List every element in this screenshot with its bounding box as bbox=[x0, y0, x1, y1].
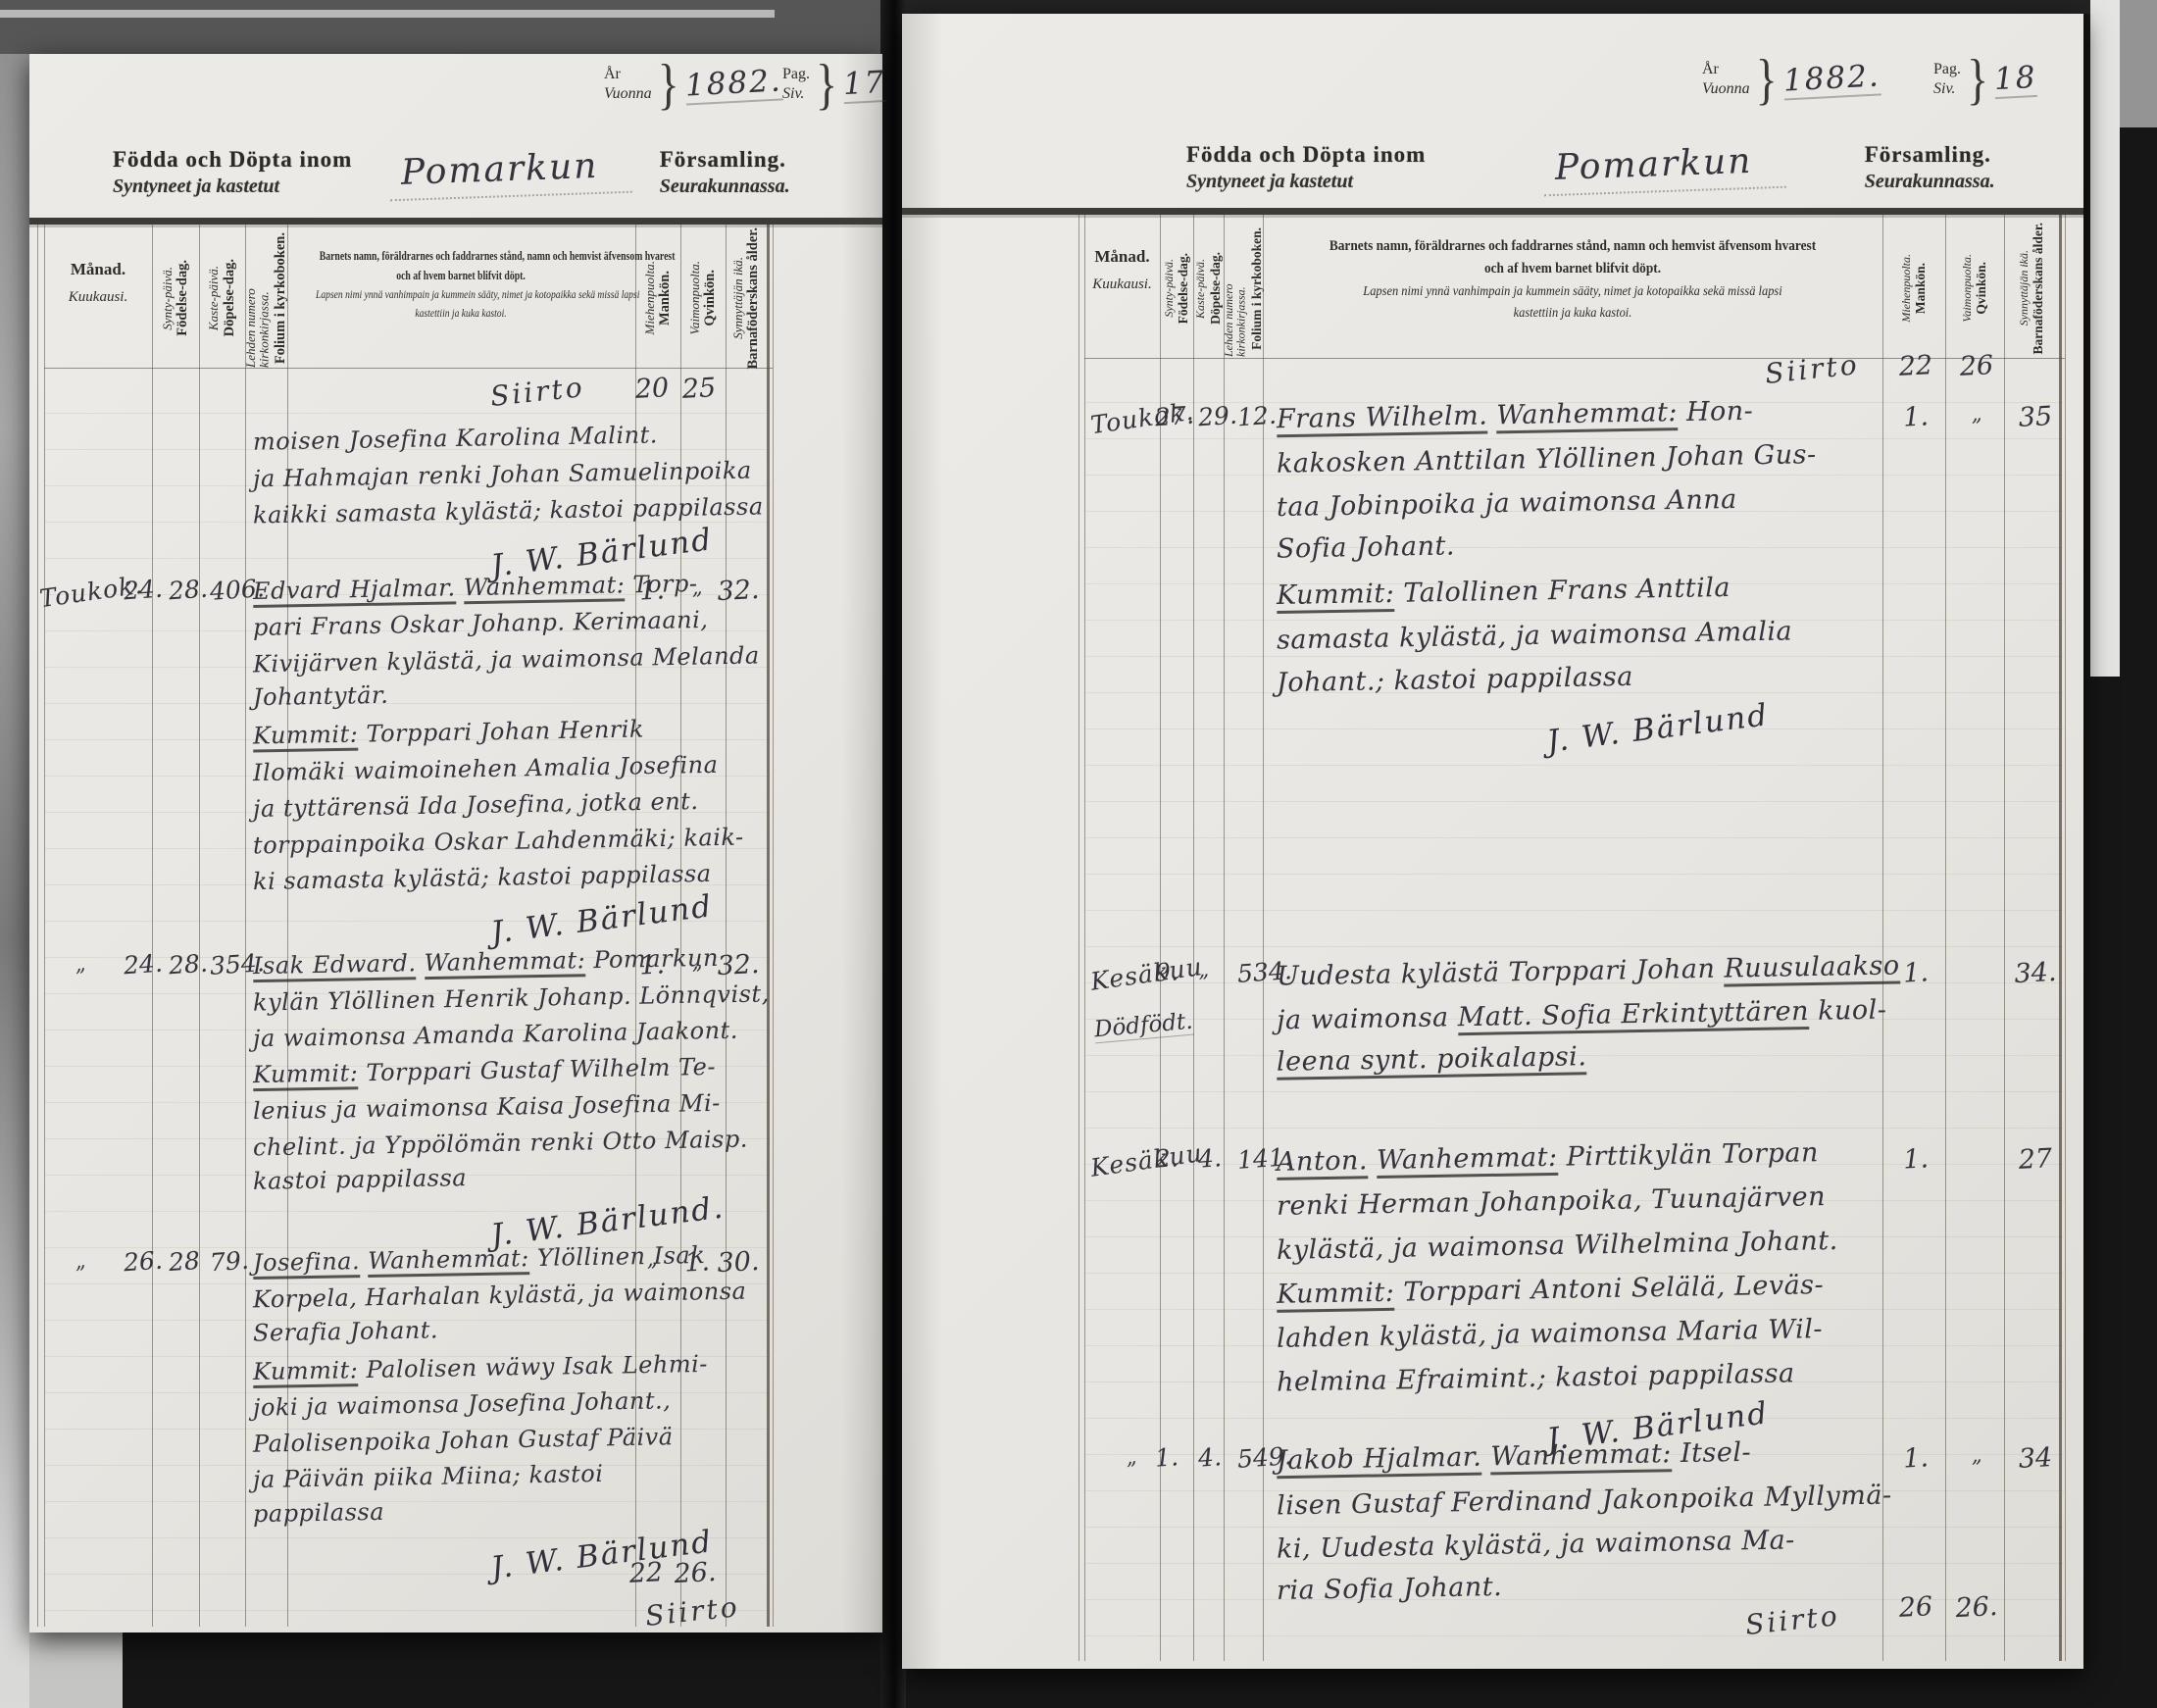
entry-text: Hon- bbox=[1678, 396, 1754, 427]
entry-text: Korpela, Harhalan kylästä, ja waimonsa bbox=[253, 1278, 747, 1314]
film-sliver-top bbox=[0, 10, 775, 18]
entry-line: Korpela, Harhalan kylästä, ja waimonsa bbox=[253, 1278, 747, 1314]
entry-line: Kummit: Palolisen wäwy Isak Lehmi- bbox=[253, 1350, 708, 1385]
entry-text: taa Jobinpoika ja waimonsa Anna bbox=[1277, 484, 1737, 523]
entry-male-count: „ bbox=[628, 1246, 675, 1272]
entry-mother-age: 30. bbox=[715, 1246, 762, 1279]
entry-line: Serafia Johant. bbox=[253, 1316, 438, 1346]
entry-text: pari Frans Oskar Johanp. Kerimaani, bbox=[253, 606, 709, 641]
entry-text: kylästä, ja waimonsa Wilhelmina Johant. bbox=[1277, 1226, 1838, 1266]
entry-line: Kummit: Torppari Johan Henrik bbox=[253, 716, 644, 750]
entry-birth-day: 2. bbox=[1154, 1143, 1179, 1174]
entry-birth-day: 24. bbox=[123, 575, 164, 606]
scanned-register-spread: År Vuonna } 1882. Pag. Siv. } 17 Födda o… bbox=[0, 0, 2157, 1708]
entry-baptism-day: 28 bbox=[168, 1246, 201, 1277]
entry-line: ja tyttärensä Ida Josefina, jotka ent. bbox=[253, 787, 699, 823]
entry-line: kaikki samasta kylästä; kastoi pappilass… bbox=[253, 492, 764, 528]
entry-mother-age: 34 bbox=[2007, 1442, 2064, 1476]
entry-line: Kummit: Torppari Antoni Selälä, Leväs- bbox=[1277, 1270, 1825, 1310]
film-border-top-right bbox=[892, 0, 2157, 14]
entry-text: Johant.; kastoi pappilassa bbox=[1277, 662, 1633, 698]
entry-text: kakosken Anttilan Ylöllinen Johan Gus- bbox=[1277, 439, 1817, 479]
entry-line: Johantytär. bbox=[253, 681, 389, 711]
underlined-name: Anton. bbox=[1277, 1145, 1369, 1181]
entry-birth-day: 27. bbox=[1154, 401, 1195, 432]
entry-text: ki samasta kylästä; kastoi pappilassa bbox=[253, 860, 712, 895]
entry-text: pappilassa bbox=[253, 1498, 384, 1528]
entry-line: ja waimonsa Amanda Karolina Jaakont. bbox=[253, 1017, 738, 1053]
entry-text: Torppari Gustaf Wilhelm Te- bbox=[358, 1053, 716, 1086]
register-page-left: År Vuonna } 1882. Pag. Siv. } 17 Födda o… bbox=[29, 54, 882, 1633]
entry-month: Kesäkuu bbox=[1089, 952, 1205, 996]
entry-female-count: „ bbox=[1948, 1442, 2004, 1469]
entry-mother-age: 35 bbox=[2007, 401, 2064, 434]
entry-text: ria Sofia Johant. bbox=[1277, 1572, 1503, 1606]
baptizer-signature: J. W. Bärlund bbox=[1545, 697, 1771, 759]
entry-baptism-day: 29. bbox=[1197, 401, 1238, 432]
entry-baptism-day: 28. bbox=[168, 575, 209, 606]
underlined-name: Isak Edward. bbox=[253, 949, 417, 982]
entry-line: taa Jobinpoika ja waimonsa Anna bbox=[1277, 484, 1737, 523]
entry-text: Palolisen wäwy Isak Lehmi- bbox=[358, 1350, 708, 1383]
underlined-name: Kummit: bbox=[253, 721, 359, 753]
entry-line: Sofia Johant. bbox=[1277, 530, 1455, 564]
entry-line: pappilassa bbox=[253, 1498, 384, 1528]
entry-line: ja Hahmajan renki Johan Samuelinpoika bbox=[253, 457, 752, 493]
entry-month: „ bbox=[1124, 1444, 1138, 1469]
film-blob-bottom-left bbox=[0, 1623, 123, 1708]
entry-mother-age: 27 bbox=[2007, 1143, 2064, 1177]
entry-text: Pirttikylän Torpan bbox=[1557, 1137, 1819, 1173]
entry-line: moisen Josefina Karolina Malint. bbox=[253, 421, 658, 455]
entries-layer: moisen Josefina Karolina Malint.ja Hahma… bbox=[29, 54, 882, 1633]
entry-text: lisen Gustaf Ferdinand Jakonpoika Myllym… bbox=[1277, 1481, 1892, 1522]
entry-text: lahden kylästä, ja waimonsa Maria Wil- bbox=[1277, 1314, 1823, 1354]
underlined-name: Wanhemmat: bbox=[424, 946, 585, 980]
entry-line: lisen Gustaf Ferdinand Jakonpoika Myllym… bbox=[1277, 1481, 1892, 1522]
underlined-name: Matt. Sofia Erkintyttären bbox=[1457, 996, 1809, 1035]
entry-line: ja Päivän piika Miina; kastoi bbox=[253, 1460, 604, 1493]
underlined-name: Wanhemmat: bbox=[368, 1244, 529, 1278]
entry-text: Torppari Johan Henrik bbox=[358, 716, 644, 748]
entry-line: Ilomäki waimoinehen Amalia Josefina bbox=[253, 751, 719, 786]
baptizer-signature: J. W. Bärlund bbox=[489, 888, 715, 950]
entry-line: chelint. ja Yppölömän renki Otto Maisp. bbox=[253, 1126, 748, 1162]
entry-month: „ bbox=[73, 1248, 87, 1273]
entry-note-stillborn: Dödfödt. bbox=[1093, 1009, 1194, 1044]
underlined-name: Wanhemmat: bbox=[1490, 1438, 1672, 1475]
film-strip-right bbox=[2090, 0, 2120, 677]
entry-birth-day: 24. bbox=[123, 949, 164, 980]
entry-folio-number: 12. bbox=[1236, 401, 1278, 432]
entry-line: Kivijärven kylästä, ja waimonsa Melanda bbox=[253, 641, 760, 678]
entry-text: ja waimonsa bbox=[1277, 1002, 1458, 1035]
entry-baptism-day: 28. bbox=[168, 949, 209, 980]
entry-line: ja waimonsa Matt. Sofia Erkintyttären ku… bbox=[1277, 995, 1887, 1036]
entry-text: Talollinen Frans Anttila bbox=[1394, 573, 1731, 609]
entry-line: leena synt. poikalapsi. bbox=[1277, 1041, 1587, 1078]
entry-text: Uudesta kylästä Torppari Johan bbox=[1277, 954, 1725, 992]
entry-line: Jakob Hjalmar. Wanhemmat: Itsel- bbox=[1277, 1437, 1752, 1476]
entry-text: Serafia Johant. bbox=[253, 1316, 438, 1346]
baptizer-signature: J. W. Bärlund bbox=[489, 1524, 715, 1585]
underlined-name: Wanhemmat: bbox=[1377, 1142, 1558, 1179]
underlined-name: Kummit: bbox=[253, 1059, 359, 1091]
entry-line: torppainpoika Oskar Lahdenmäki; kaik- bbox=[253, 824, 744, 860]
entry-line: helmina Efraimint.; kastoi pappilassa bbox=[1277, 1358, 1795, 1397]
underlined-name: Wanhemmat: bbox=[464, 571, 626, 604]
entry-line: renki Herman Johanpoika, Tuunajärven bbox=[1277, 1181, 1826, 1222]
entry-text: chelint. ja Yppölömän renki Otto Maisp. bbox=[253, 1126, 748, 1162]
entry-male-count: 1. bbox=[1887, 1442, 1944, 1476]
film-edge-left bbox=[0, 0, 29, 1708]
entry-line: pari Frans Oskar Johanp. Kerimaani, bbox=[253, 606, 709, 641]
entry-text: moisen Josefina Karolina Malint. bbox=[253, 421, 658, 455]
underlined-name: leena synt. poikalapsi. bbox=[1277, 1041, 1587, 1080]
entry-female-count: „ bbox=[674, 949, 720, 975]
entry-text: ja Hahmajan renki Johan Samuelinpoika bbox=[253, 457, 752, 493]
underlined-name: Josefina. bbox=[253, 1247, 361, 1280]
entry-birth-day: 26. bbox=[123, 1246, 164, 1278]
entry-line: Uudesta kylästä Torppari Johan Ruusulaak… bbox=[1277, 950, 1900, 991]
entry-line: kylän Ylöllinen Henrik Johanp. Lönnqvist… bbox=[253, 980, 770, 1016]
entry-male-count: 1. bbox=[1887, 1143, 1944, 1177]
entry-month: „ bbox=[73, 951, 87, 976]
entry-text: Ilomäki waimoinehen Amalia Josefina bbox=[253, 751, 719, 786]
entry-baptism-day: „ bbox=[1197, 958, 1210, 982]
entry-line: kastoi pappilassa bbox=[253, 1164, 468, 1195]
entry-mother-age: 34. bbox=[2007, 957, 2064, 990]
entry-month: Kesäkuu bbox=[1089, 1138, 1205, 1182]
entry-text: Itsel- bbox=[1672, 1437, 1752, 1469]
entry-line: lenius ja waimonsa Kaisa Josefina Mi- bbox=[253, 1089, 721, 1125]
entry-text: ja tyttärensä Ida Josefina, jotka ent. bbox=[253, 787, 699, 823]
entry-birth-day: 1. bbox=[1154, 1442, 1179, 1473]
entry-male-count: 1. bbox=[628, 575, 676, 607]
entry-text: helmina Efraimint.; kastoi pappilassa bbox=[1277, 1358, 1795, 1397]
entry-male-count: 1. bbox=[1887, 957, 1944, 990]
entry-female-count: 1. bbox=[674, 1246, 721, 1279]
entry-text bbox=[455, 574, 464, 601]
entry-text: kastoi pappilassa bbox=[253, 1164, 468, 1195]
entry-line: kakosken Anttilan Ylöllinen Johan Gus- bbox=[1277, 439, 1817, 479]
underlined-name: Ruusulaakso bbox=[1724, 950, 1900, 986]
entry-female-count: „ bbox=[674, 575, 720, 600]
entry-line: samasta kylästä, ja waimonsa Amalia bbox=[1277, 616, 1793, 655]
entry-text: ja Päivän piika Miina; kastoi bbox=[253, 1460, 604, 1493]
underlined-name: Wanhemmat: bbox=[1496, 397, 1678, 433]
entry-line: ria Sofia Johant. bbox=[1277, 1572, 1503, 1606]
entry-text: Torppari Antoni Selälä, Leväs- bbox=[1394, 1270, 1824, 1308]
entry-text: kaikki samasta kylästä; kastoi pappilass… bbox=[253, 492, 764, 528]
entry-text: Kivijärven kylästä, ja waimonsa Melanda bbox=[253, 641, 760, 678]
register-page-right: År Vuonna } 1882. Pag. Siv. } 18 Födda o… bbox=[902, 14, 2083, 1669]
entry-text: samasta kylästä, ja waimonsa Amalia bbox=[1277, 616, 1793, 655]
entry-text: Sofia Johant. bbox=[1277, 530, 1455, 564]
entry-text: renki Herman Johanpoika, Tuunajärven bbox=[1277, 1181, 1826, 1222]
entry-male-count: 1. bbox=[1887, 401, 1944, 434]
underlined-name: Kummit: bbox=[1277, 578, 1395, 614]
entry-text: torppainpoika Oskar Lahdenmäki; kaik- bbox=[253, 824, 744, 860]
entry-line: kylästä, ja waimonsa Wilhelmina Johant. bbox=[1277, 1226, 1838, 1266]
entry-text: kuol- bbox=[1809, 995, 1887, 1027]
entries-layer: Toukok.27.29.12.Frans Wilhelm. Wanhemmat… bbox=[902, 14, 2083, 1669]
entry-text: kylän Ylöllinen Henrik Johanp. Lönnqvist… bbox=[253, 980, 770, 1016]
entry-mother-age: 32. bbox=[715, 575, 762, 607]
entry-birth-day: 9. bbox=[1154, 957, 1179, 987]
entry-text: lenius ja waimonsa Kaisa Josefina Mi- bbox=[253, 1089, 721, 1125]
entry-mother-age: 32. bbox=[715, 949, 762, 981]
entry-text: ki, Uudesta kylästä, ja waimonsa Ma- bbox=[1277, 1525, 1795, 1564]
underlined-name: Kummit: bbox=[1277, 1278, 1395, 1313]
underlined-name: Jakob Hjalmar. bbox=[1277, 1442, 1482, 1480]
film-corner-right bbox=[2120, 0, 2157, 127]
entry-line: lahden kylästä, ja waimonsa Maria Wil- bbox=[1277, 1314, 1823, 1354]
entry-text: Johantytär. bbox=[253, 681, 389, 711]
entry-line: Anton. Wanhemmat: Pirttikylän Torpan bbox=[1277, 1137, 1819, 1178]
entry-baptism-day: 4. bbox=[1197, 1442, 1223, 1473]
entry-text: joki ja waimonsa Josefina Johant., bbox=[253, 1386, 672, 1421]
entry-text: ja waimonsa Amanda Karolina Jaakont. bbox=[253, 1017, 738, 1053]
entry-line: ki samasta kylästä; kastoi pappilassa bbox=[253, 860, 712, 895]
underlined-name: Frans Wilhelm. bbox=[1277, 400, 1488, 437]
entry-male-count: 1. bbox=[628, 949, 676, 981]
entry-text: Palolisenpoika Johan Gustaf Päivä bbox=[253, 1423, 674, 1457]
entry-text bbox=[416, 949, 425, 977]
entry-baptism-day: 4. bbox=[1197, 1143, 1223, 1174]
film-border-top-left bbox=[0, 0, 892, 54]
entry-line: Johant.; kastoi pappilassa bbox=[1277, 662, 1633, 698]
entry-line: Frans Wilhelm. Wanhemmat: Hon- bbox=[1277, 396, 1754, 434]
entry-female-count: „ bbox=[1948, 401, 2004, 427]
entry-folio-number: 79. bbox=[209, 1246, 250, 1278]
underlined-name: Kummit: bbox=[253, 1356, 359, 1388]
underlined-name: Edvard Hjalmar. bbox=[253, 574, 456, 608]
entry-line: joki ja waimonsa Josefina Johant., bbox=[253, 1386, 672, 1421]
entry-line: Kummit: Torppari Gustaf Wilhelm Te- bbox=[253, 1053, 716, 1088]
entry-line: Kummit: Talollinen Frans Anttila bbox=[1277, 573, 1731, 611]
entry-line: ki, Uudesta kylästä, ja waimonsa Ma- bbox=[1277, 1525, 1795, 1564]
entry-line: Palolisenpoika Johan Gustaf Päivä bbox=[253, 1423, 674, 1457]
